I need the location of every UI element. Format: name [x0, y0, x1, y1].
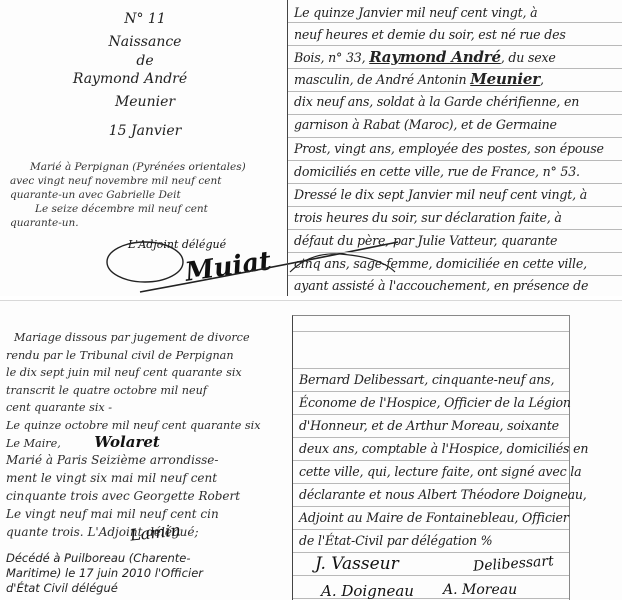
- annotation-text: Le Maire,: [6, 437, 61, 450]
- register-page-top: N° 11 Naissance de Raymond André Meunier…: [0, 0, 622, 296]
- annotation-line: d'État Civil délégué: [6, 581, 203, 596]
- annotation-line: avec vingt neuf novembre mil neuf cent: [10, 174, 280, 188]
- body-line: garnison à Rabat (Maroc), et de Germaine: [294, 117, 557, 132]
- register-page-bottom: Mariage dissous par jugement de divorce …: [0, 300, 622, 600]
- declarant-signature: J. Vasseur: [315, 554, 399, 574]
- annotation-line: Le Maire, Wolaret: [6, 434, 261, 453]
- body-line: Adjoint au Maire de Fontainebleau, Offic…: [299, 510, 569, 525]
- officer-signature: A. Doigneau: [321, 582, 414, 600]
- body-line: neuf heures et demie du soir, est né rue…: [294, 27, 566, 42]
- act-surname: Meunier: [40, 91, 250, 114]
- body-line: déclarante et nous Albert Théodore Doign…: [299, 487, 587, 502]
- body-line: défaut du père, par Julie Vatteur, quara…: [294, 233, 557, 248]
- marriage-annotation: Marié à Perpignan (Pyrénées orientales) …: [10, 160, 280, 230]
- act-type: Naissance: [40, 31, 250, 54]
- body-line: Le quinze Janvier mil neuf cent vingt, à: [294, 5, 537, 20]
- body-line: Dressé le dix sept Janvier mil neuf cent…: [294, 187, 587, 202]
- body-text: , du sexe: [501, 50, 556, 65]
- annotation-line: quarante-un.: [10, 216, 280, 230]
- annotation-line: Marié à Perpignan (Pyrénées orientales): [10, 160, 280, 174]
- witness-2-signature: A. Moreau: [443, 582, 517, 598]
- divorce-annotation: Mariage dissous par jugement de divorce …: [6, 329, 261, 453]
- witness-1-signature: Delibessart: [473, 553, 555, 575]
- body-line: dix neuf ans, soldat à la Garde chérifie…: [294, 94, 579, 109]
- act-date: 15 Janvier: [40, 120, 250, 143]
- body-text: Bois, n° 33,: [294, 50, 369, 65]
- body-line: cette ville, qui, lecture faite, ont sig…: [299, 464, 581, 479]
- body-line: deux ans, comptable à l'Hospice, domicil…: [299, 441, 588, 456]
- annotation-line: rendu par le Tribunal civil de Perpignan: [6, 347, 261, 365]
- act-body: Le quinze Janvier mil neuf cent vingt, à…: [287, 0, 622, 296]
- body-line: ayant assisté à l'accouchement, en prése…: [294, 278, 588, 293]
- annotation-line: Le quinze octobre mil neuf cent quarante…: [6, 417, 261, 435]
- act-heading: N° 11 Naissance de Raymond André Meunier…: [40, 8, 250, 143]
- annotation-line: Le seize décembre mil neuf cent: [10, 202, 280, 216]
- annotation-line: Le vingt neuf mai mil neuf cent cin: [6, 505, 240, 523]
- body-line: trois heures du soir, sur déclaration fa…: [294, 210, 562, 225]
- annotation-line: cent quarante six -: [6, 399, 261, 417]
- body-line: Bois, n° 33, Raymond André, du sexe: [294, 48, 556, 66]
- body-line: de l'État-Civil par délégation %: [299, 533, 492, 548]
- body-line: Économe de l'Hospice, Officier de la Lég…: [299, 395, 571, 410]
- child-name: Raymond André: [369, 48, 501, 66]
- act-heading-de: de: [40, 54, 250, 68]
- body-line: masculin, de André Antonin Meunier,: [294, 70, 544, 88]
- annotation-line: le dix sept juin mil neuf cent quarante …: [6, 364, 261, 382]
- act-given-names: Raymond André: [10, 68, 250, 91]
- death-annotation: Décédé à Puilboreau (Charente- Maritime)…: [6, 551, 203, 596]
- father-surname: Meunier: [470, 70, 540, 88]
- body-line: cinq ans, sage-femme, domiciliée en cett…: [294, 256, 587, 271]
- annotation-line: ment le vingt six mai mil neuf cent: [6, 469, 240, 487]
- body-text: masculin, de André Antonin: [294, 72, 470, 87]
- annotation-line: cinquante trois avec Georgette Robert: [6, 487, 240, 505]
- annotation-line: Marié à Paris Seizième arrondisse-: [6, 451, 240, 469]
- annotation-line: Maritime) le 17 juin 2010 l'Officier: [6, 566, 203, 581]
- body-line: Prost, vingt ans, employée des postes, s…: [294, 141, 604, 156]
- body-line: domiciliés en cette ville, rue de France…: [294, 164, 580, 179]
- body-line: Bernard Delibessart, cinquante-neuf ans,: [299, 372, 554, 387]
- annotation-line: Décédé à Puilboreau (Charente-: [6, 551, 203, 566]
- annotation-line: Mariage dissous par jugement de divorce: [6, 329, 261, 347]
- annotation-line: transcrit le quatre octobre mil neuf: [6, 382, 261, 400]
- body-line: d'Honneur, et de Arthur Moreau, soixante: [299, 418, 559, 433]
- remarriage-annotation: Marié à Paris Seizième arrondisse- ment …: [6, 451, 240, 541]
- body-text: ,: [540, 72, 544, 87]
- annotation-line: quante trois. L'Adjoint délégué;: [6, 523, 240, 541]
- act-number: N° 11: [40, 8, 250, 31]
- annotation-line: quarante-un avec Gabrielle Deit: [10, 188, 280, 202]
- mayor-signature: Wolaret: [94, 433, 159, 451]
- act-body-continued: Bernard Delibessart, cinquante-neuf ans,…: [292, 315, 570, 600]
